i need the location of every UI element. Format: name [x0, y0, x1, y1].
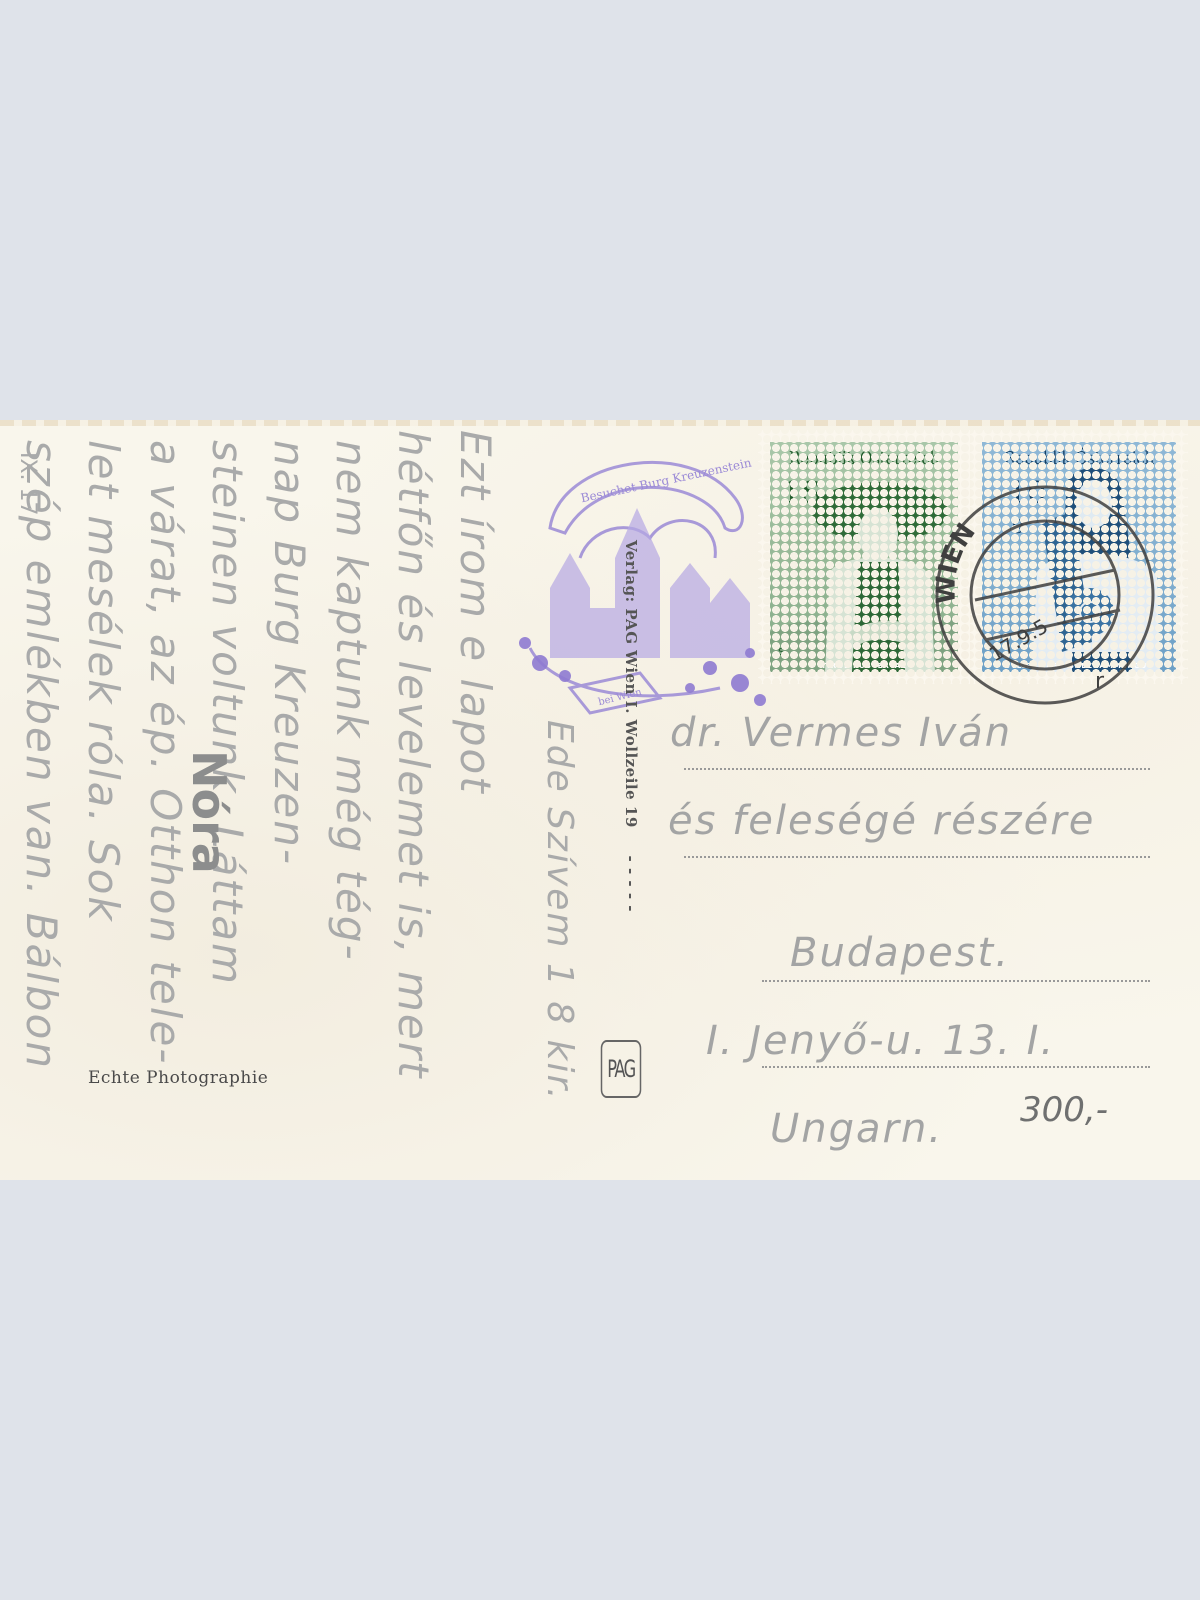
message-line: hétfőn és levelemet is, mert: [389, 430, 438, 1079]
address-rule: [684, 768, 1150, 770]
postmark-code: r: [1095, 669, 1105, 694]
message-line: nem kaptunk még tég-: [327, 440, 376, 962]
message-line: nap Burg Kreuzen-: [265, 440, 314, 866]
message-line: Ezt írom e lapot: [451, 430, 500, 795]
message-line: let mesélek róla. Sok: [79, 440, 128, 923]
castle-stamp-icon: Besuchet Burg Kreuzenstein bei Wien: [510, 438, 780, 718]
address-line-country: Ungarn.: [770, 1106, 943, 1152]
postcard-reverse: IX. 17. szép emlékben van. Bálbon let me…: [0, 420, 1200, 1180]
address-line-recipient: és feleségé részére: [668, 798, 1095, 844]
stamp-corner-mark: S: [778, 647, 784, 658]
publisher-imprint: Verlag: PAG Wien I. Wollzeile 19 - - - -…: [622, 540, 640, 912]
price-note: 300,-: [1020, 1090, 1108, 1130]
address-line-name: dr. Vermes Iván: [670, 710, 1012, 756]
handwritten-message: IX. 17. szép emlékben van. Bálbon let me…: [0, 420, 560, 1180]
message-signature: Nóra: [182, 750, 236, 874]
stamp-value: 1S: [782, 476, 822, 511]
postmark-city: WIEN: [932, 518, 982, 604]
photo-note: Echte Photographie: [88, 1068, 268, 1088]
address-line-city: Budapest.: [790, 930, 1010, 976]
stamp-country: Republik Österreich: [996, 448, 1163, 469]
message-line: Ede Szívem 1 8 kir.: [539, 720, 580, 1101]
address-rule: [684, 856, 1150, 858]
address-rule: [762, 1066, 1150, 1068]
pag-logo: PAG: [601, 1040, 642, 1098]
address-line-street: I. Jenyő-u. 13. I.: [706, 1018, 1055, 1064]
svg-text:WIEN: WIEN: [932, 518, 982, 604]
message-line: steinen voltunk. Láttam: [203, 440, 252, 986]
postmark-icon: WIEN 17.9.5 r: [930, 480, 1160, 710]
postmark-date: 17.9.5: [985, 614, 1052, 667]
stamp-country: Republik Österreich: [783, 448, 945, 469]
message-line: szép emlékben van. Bálbon: [17, 440, 66, 1070]
address-rule: [762, 980, 1150, 982]
